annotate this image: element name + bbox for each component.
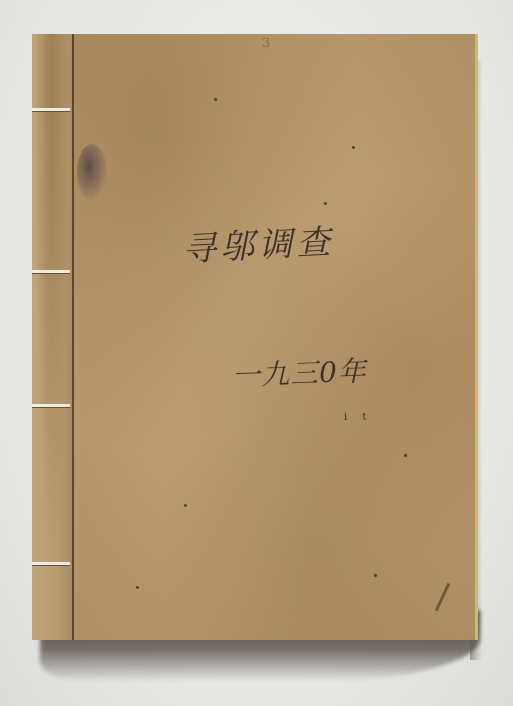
- speck: [184, 504, 187, 507]
- binding-stitch: [32, 404, 70, 407]
- booklet: 3 寻邬调查 一九三0年 i t: [32, 34, 476, 640]
- speck: [214, 98, 217, 101]
- speck: [352, 146, 355, 149]
- speck: [136, 586, 139, 589]
- small-marks: i t: [344, 412, 372, 423]
- book-spine: [32, 34, 72, 640]
- binding-stitch: [32, 108, 70, 111]
- speck: [374, 574, 377, 577]
- speck: [324, 202, 327, 205]
- binding-stitch: [32, 270, 70, 273]
- handwritten-title: 寻邬调查: [181, 214, 335, 271]
- speck: [404, 454, 407, 457]
- book-cover: 3 寻邬调查 一九三0年 i t: [72, 34, 478, 640]
- ink-stain: [77, 144, 107, 200]
- scratch-mark: [435, 583, 450, 611]
- page-number: 3: [262, 36, 270, 51]
- handwritten-date: 一九三0年: [231, 350, 367, 395]
- binding-stitch: [32, 562, 70, 565]
